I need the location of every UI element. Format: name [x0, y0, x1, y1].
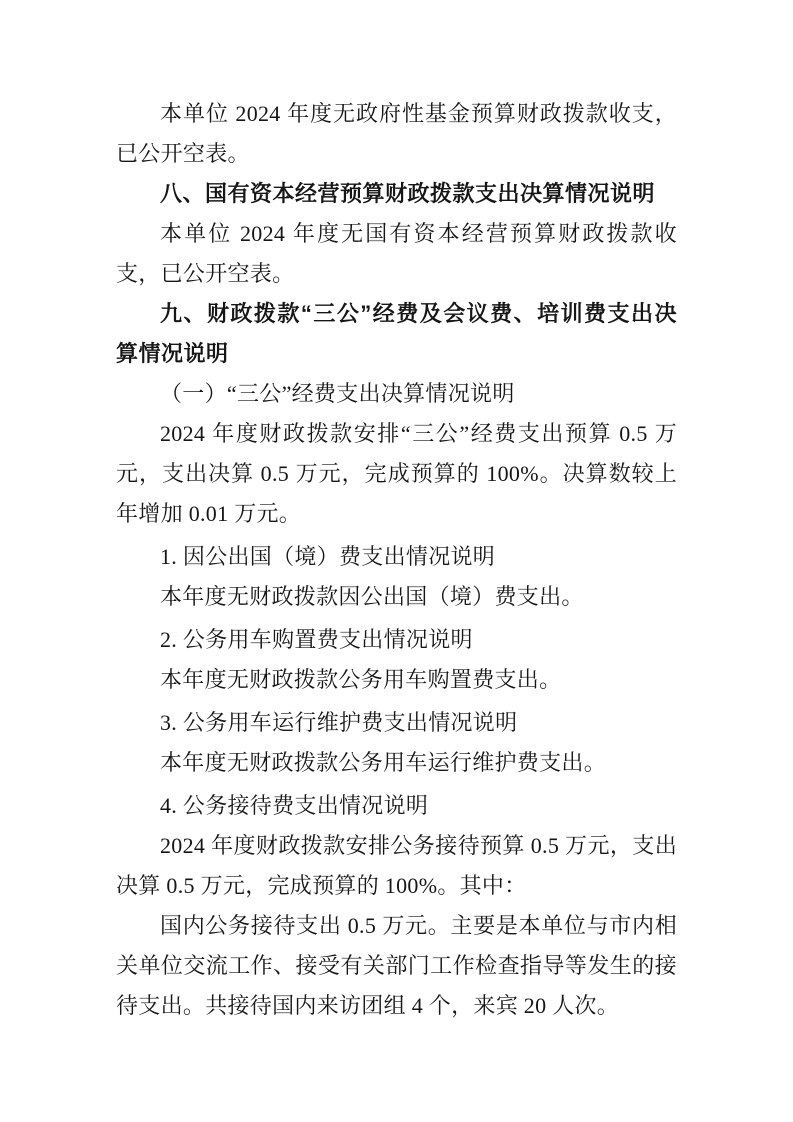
paragraph-body: 本年度无财政拨款因公出国（境）费支出。: [116, 577, 677, 617]
paragraph-body: 国内公务接待支出 0.5 万元。主要是本单位与市内相关单位交流工作、接受有关部门…: [116, 906, 677, 1026]
paragraph-heading1: 八、国有资本经营预算财政拨款支出决算情况说明: [116, 174, 677, 214]
paragraph-body: 本年度无财政拨款公务用车运行维护费支出。: [116, 743, 677, 783]
paragraph-item: 3. 公务用车运行维护费支出情况说明: [116, 703, 677, 743]
paragraph-body: 2024 年度财政拨款安排“三公”经费支出预算 0.5 万元，支出决算 0.5 …: [116, 414, 677, 534]
paragraph-body: 本单位 2024 年度无政府性基金预算财政拨款收支，已公开空表。: [116, 94, 677, 174]
paragraph-item: 4. 公务接待费支出情况说明: [116, 786, 677, 826]
paragraph-heading1: 九、财政拨款“三公”经费及会议费、培训费支出决算情况说明: [116, 294, 677, 374]
paragraph-item: 2. 公务用车购置费支出情况说明: [116, 620, 677, 660]
paragraph-heading2: （一）“三公”经费支出决算情况说明: [116, 374, 677, 414]
paragraph-body: 本年度无财政拨款公务用车购置费支出。: [116, 660, 677, 700]
paragraph-body: 本单位 2024 年度无国有资本经营预算财政拨款收支，已公开空表。: [116, 214, 677, 294]
document-page: 本单位 2024 年度无政府性基金预算财政拨款收支，已公开空表。八、国有资本经营…: [0, 0, 793, 1122]
paragraph-body: 2024 年度财政拨款安排公务接待预算 0.5 万元，支出决算 0.5 万元，完…: [116, 826, 677, 906]
document-body: 本单位 2024 年度无政府性基金预算财政拨款收支，已公开空表。八、国有资本经营…: [116, 94, 677, 1026]
paragraph-item: 1. 因公出国（境）费支出情况说明: [116, 537, 677, 577]
